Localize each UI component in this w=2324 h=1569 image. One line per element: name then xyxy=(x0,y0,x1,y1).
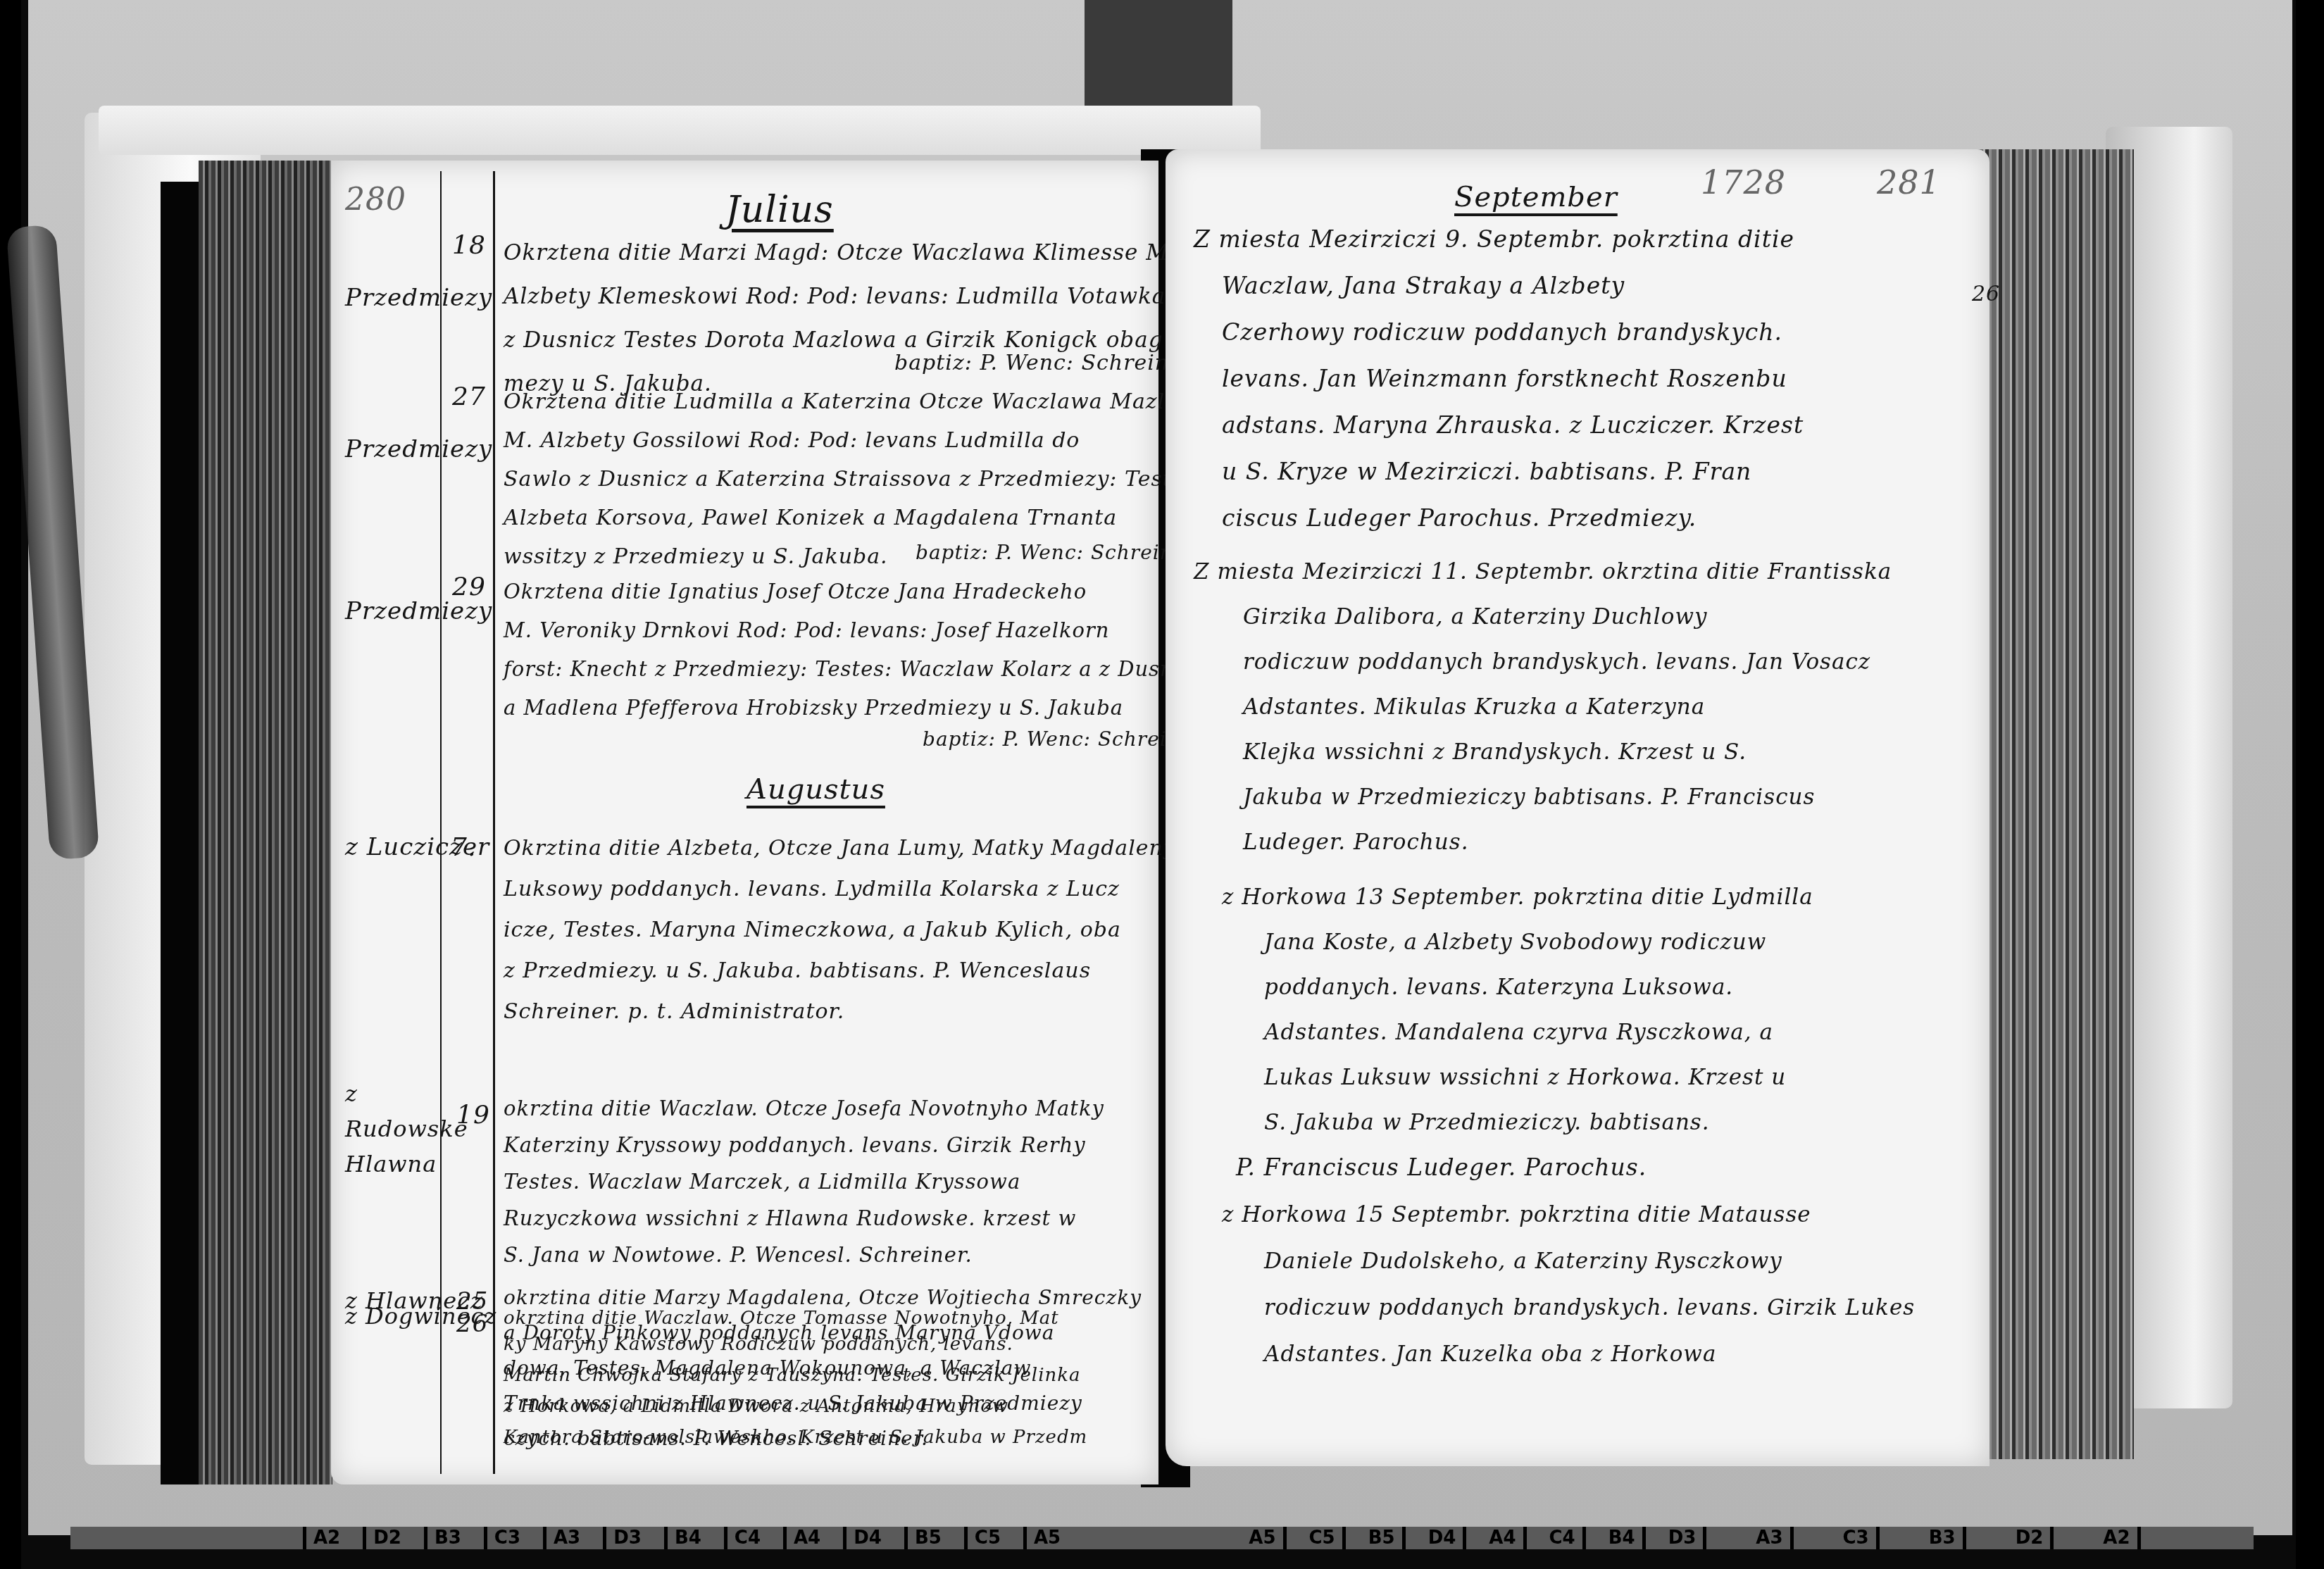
month-header-augustus: Augustus xyxy=(746,773,885,806)
entry-place: Przedmiezy xyxy=(345,284,492,312)
entry-29: Okrztena ditie Ignatius Josef Otcze Jana… xyxy=(504,573,1204,727)
entry-sep-13: z Horkowa 13 September. pokrztina ditie … xyxy=(1222,875,1813,1190)
film-ruler-left: A2D2B3C3A3D3B4C4A4D4B5C5A5 A5C5B5D4A4C4B… xyxy=(70,1527,2254,1549)
entry-day: 19 xyxy=(456,1101,490,1130)
entry-sep-9: Z miesta Mezirziczi 9. Septembr. pokrzti… xyxy=(1194,216,1804,542)
entry-aug-7: Okrztina ditie Alzbeta, Otcze Jana Lumy,… xyxy=(504,828,1176,1032)
entry-sep-11: Z miesta Mezirziczi 11. Septembr. okrzti… xyxy=(1194,549,1892,865)
right-page: September 1728 281 Z miesta Mezirziczi 9… xyxy=(1166,149,1989,1466)
year-annotation: 1728 xyxy=(1701,163,1786,201)
baptized-by: baptiz: P. Wenc: Schreimer xyxy=(916,541,1201,564)
entry-day: 26 xyxy=(456,1310,488,1338)
page-number: 280 xyxy=(345,182,406,218)
film-border-right xyxy=(2296,0,2324,1569)
month-header-julius: Julius xyxy=(725,189,834,231)
month-header-september: September xyxy=(1454,181,1618,213)
entry-day: 27 xyxy=(452,382,486,411)
entry-place: Przedmiezy xyxy=(345,435,492,463)
entry-aug-26: z Dogwinecz 26 okrztina ditie Waczlaw. O… xyxy=(331,1303,1158,1484)
entry-day: 29 xyxy=(452,573,486,601)
page-edge-mark: 26 xyxy=(1972,282,2000,306)
entry-place: z Rudowske Hlawna xyxy=(345,1076,444,1182)
entry-18: Okrztena ditie Marzi Magd: Otcze Waczlaw… xyxy=(504,231,1238,406)
margin-rule-text xyxy=(493,171,495,1474)
page-edges-right xyxy=(1965,149,2134,1459)
entry-aug-19: okrztina ditie Waczlaw. Otcze Josefa Nov… xyxy=(504,1090,1104,1273)
entry-place: Przedmiezy xyxy=(345,597,492,625)
entry-sep-15: z Horkowa 15 Septembr. pokrztina ditie M… xyxy=(1222,1192,1915,1377)
page-number: 281 xyxy=(1877,163,1941,201)
page-edges-left xyxy=(199,161,332,1484)
protective-wrap-top xyxy=(99,106,1261,155)
margin-rule-day xyxy=(440,171,442,1474)
entry-day: 18 xyxy=(452,231,486,260)
baptized-by: baptiz: P. Wenc: Schreimer xyxy=(894,351,1199,375)
left-page: 280 Julius Przedmiezy 18 Okrztena ditie … xyxy=(331,161,1158,1484)
entry-day: 7. xyxy=(451,833,476,862)
